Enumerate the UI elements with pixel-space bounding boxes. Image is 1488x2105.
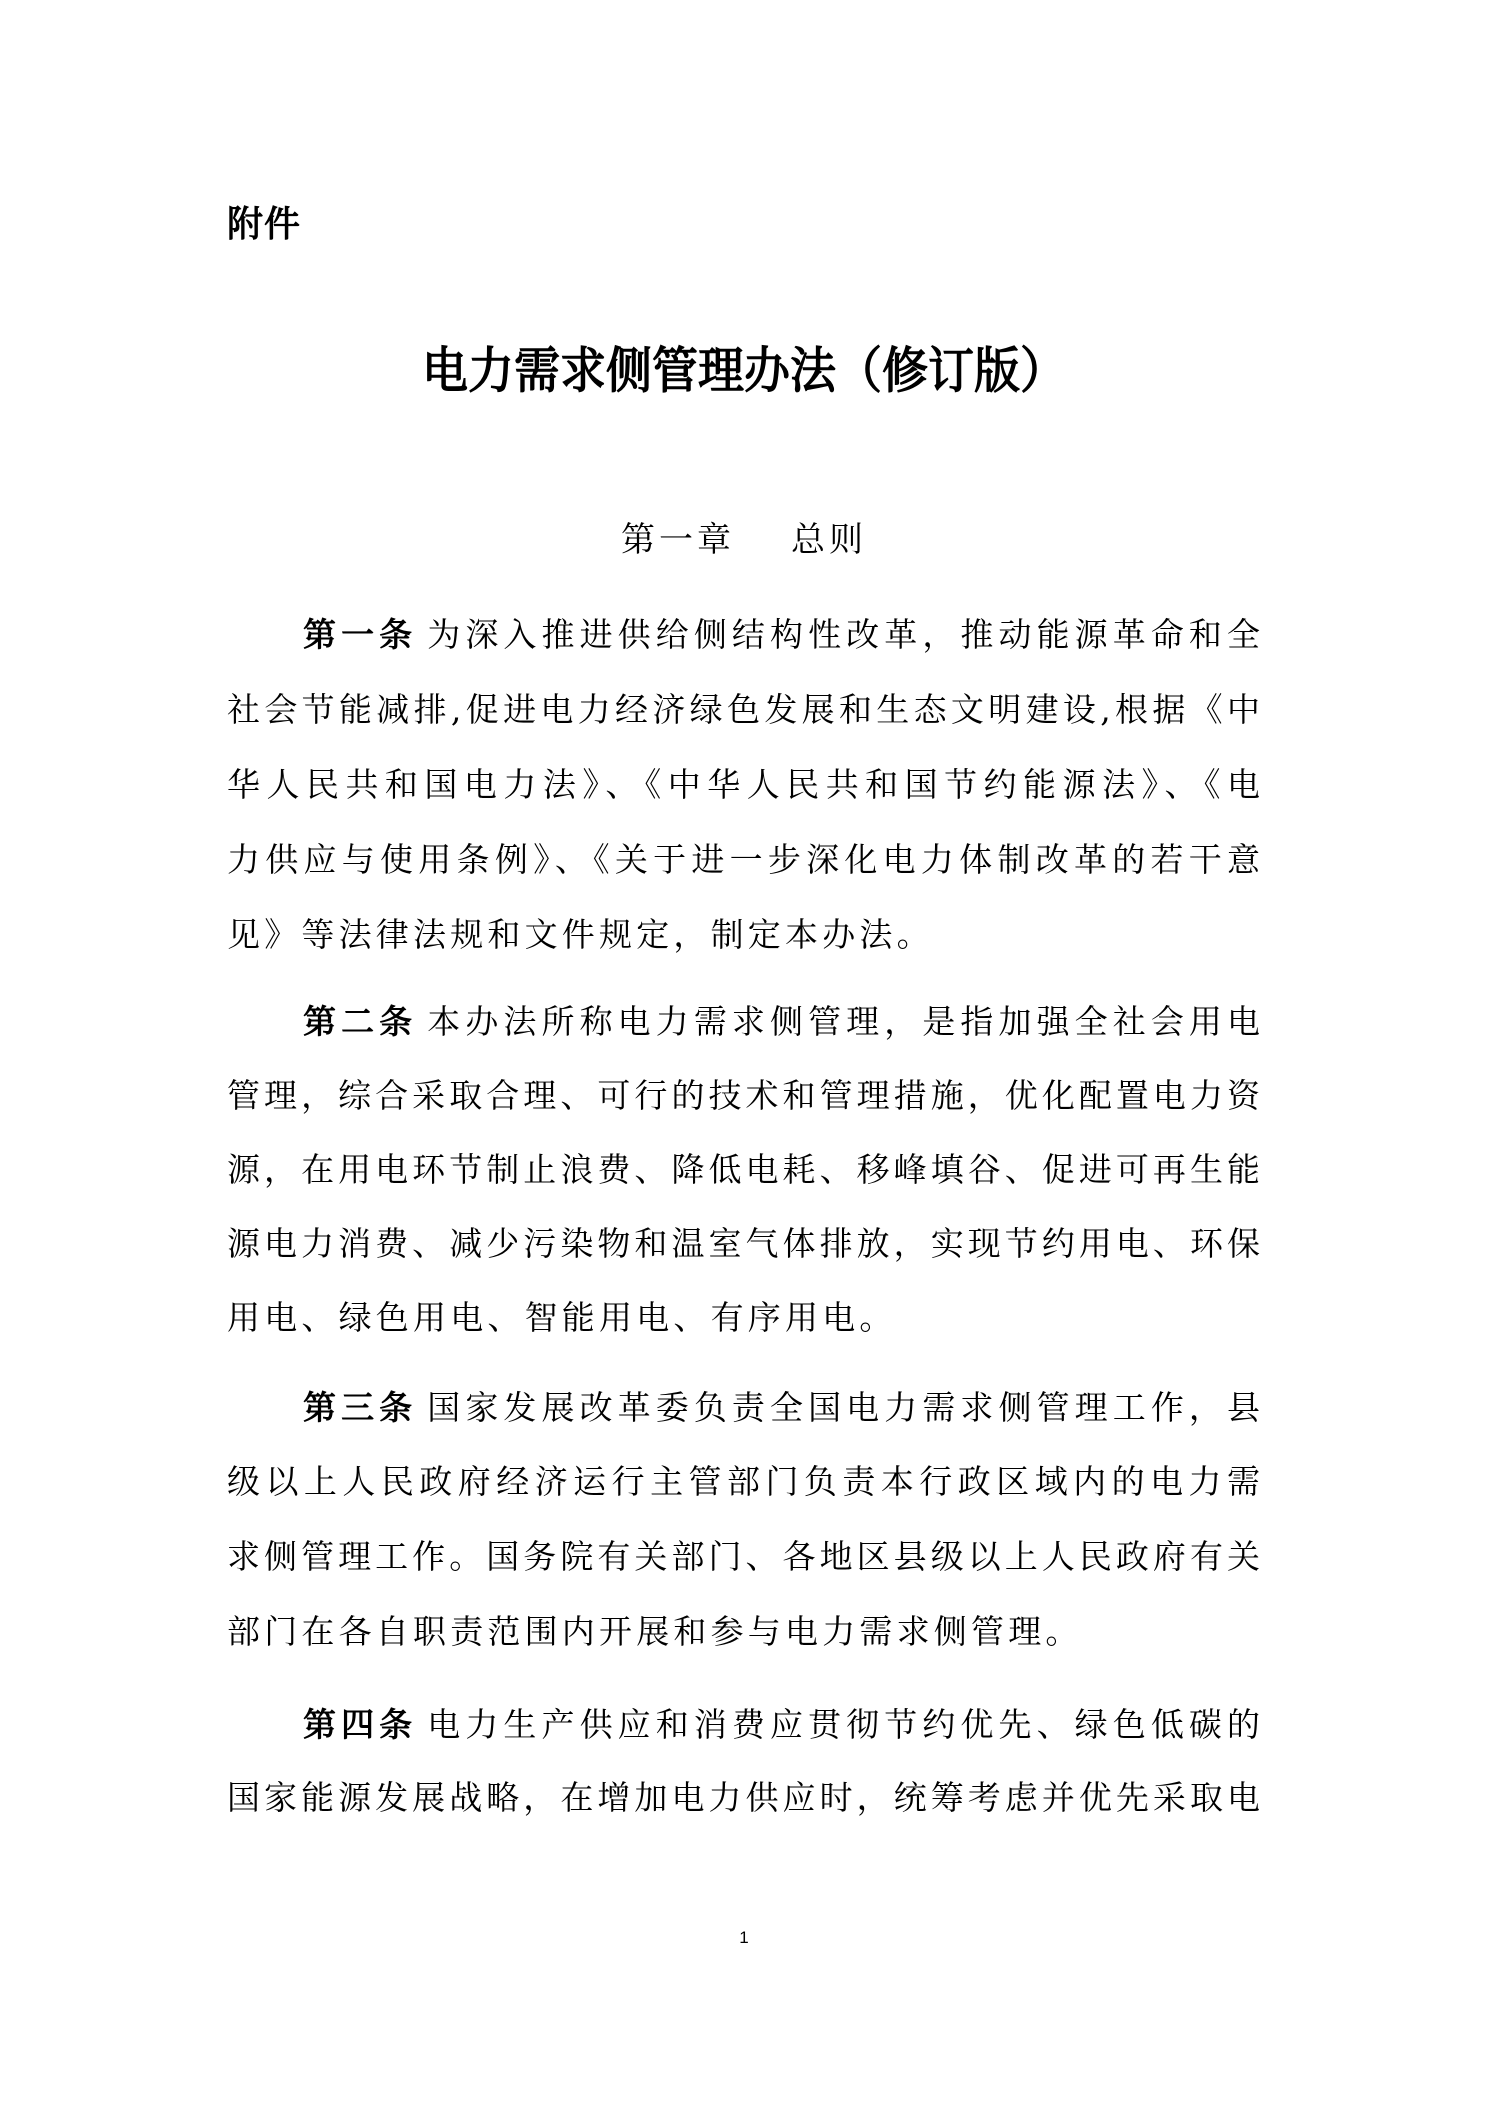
article-line: 管理，综合采取合理、可行的技术和管理措施，优化配置电力资: [227, 1071, 1260, 1121]
article-text: 国家发展改革委负责全国电力需求侧管理工作，县: [427, 1388, 1260, 1427]
article-number: 第三条: [303, 1388, 417, 1427]
article-line: 国家能源发展战略，在增加电力供应时，统筹考虑并优先采取电: [227, 1773, 1260, 1823]
article-number: 第一条: [303, 615, 417, 654]
article-line: 源，在用电环节制止浪费、降低电耗、移峰填谷、促进可再生能: [227, 1145, 1260, 1195]
article-line: 力供应与使用条例》、《关于进一步深化电力体制改革的若干意: [227, 835, 1260, 885]
article-line: 第二条本办法所称电力需求侧管理，是指加强全社会用电: [303, 997, 1260, 1047]
chapter-name: 总则: [791, 520, 867, 560]
article-line: 社会节能减排,促进电力经济绿色发展和生态文明建设,根据《中: [227, 685, 1260, 735]
chapter-heading: 第一章总则: [0, 518, 1488, 562]
article-line: 用电、绿色用电、智能用电、有序用电。: [227, 1293, 1260, 1343]
article-line: 华人民共和国电力法》、《中华人民共和国节约能源法》、《电: [227, 760, 1260, 810]
article-text: 为深入推进供给侧结构性改革，推动能源革命和全: [427, 615, 1260, 654]
article-line: 第一条为深入推进供给侧结构性改革，推动能源革命和全: [303, 610, 1260, 660]
article-line: 第三条国家发展改革委负责全国电力需求侧管理工作，县: [303, 1383, 1260, 1433]
article-text: 本办法所称电力需求侧管理，是指加强全社会用电: [427, 1002, 1260, 1041]
document-title: 电力需求侧管理办法（修订版）: [0, 340, 1488, 400]
article-text: 电力生产供应和消费应贯彻节约优先、绿色低碳的: [427, 1705, 1260, 1744]
article-line: 源电力消费、减少污染物和温室气体排放，实现节约用电、环保: [227, 1219, 1260, 1269]
article-number: 第四条: [303, 1705, 417, 1744]
article-number: 第二条: [303, 1002, 417, 1041]
article-line: 求侧管理工作。国务院有关部门、各地区县级以上人民政府有关: [227, 1532, 1260, 1582]
document-page: 附件 电力需求侧管理办法（修订版） 第一章总则 第一条为深入推进供给侧结构性改革…: [0, 0, 1488, 2105]
article-line: 级以上人民政府经济运行主管部门负责本行政区域内的电力需: [227, 1457, 1260, 1507]
article-line: 部门在各自职责范围内开展和参与电力需求侧管理。: [227, 1607, 1260, 1657]
chapter-number: 第一章: [621, 520, 735, 560]
attachment-label: 附件: [227, 200, 301, 250]
article-line: 第四条电力生产供应和消费应贯彻节约优先、绿色低碳的: [303, 1700, 1260, 1750]
page-number: 1: [0, 1926, 1488, 1950]
article-line: 见》等法律法规和文件规定，制定本办法。: [227, 910, 1260, 960]
